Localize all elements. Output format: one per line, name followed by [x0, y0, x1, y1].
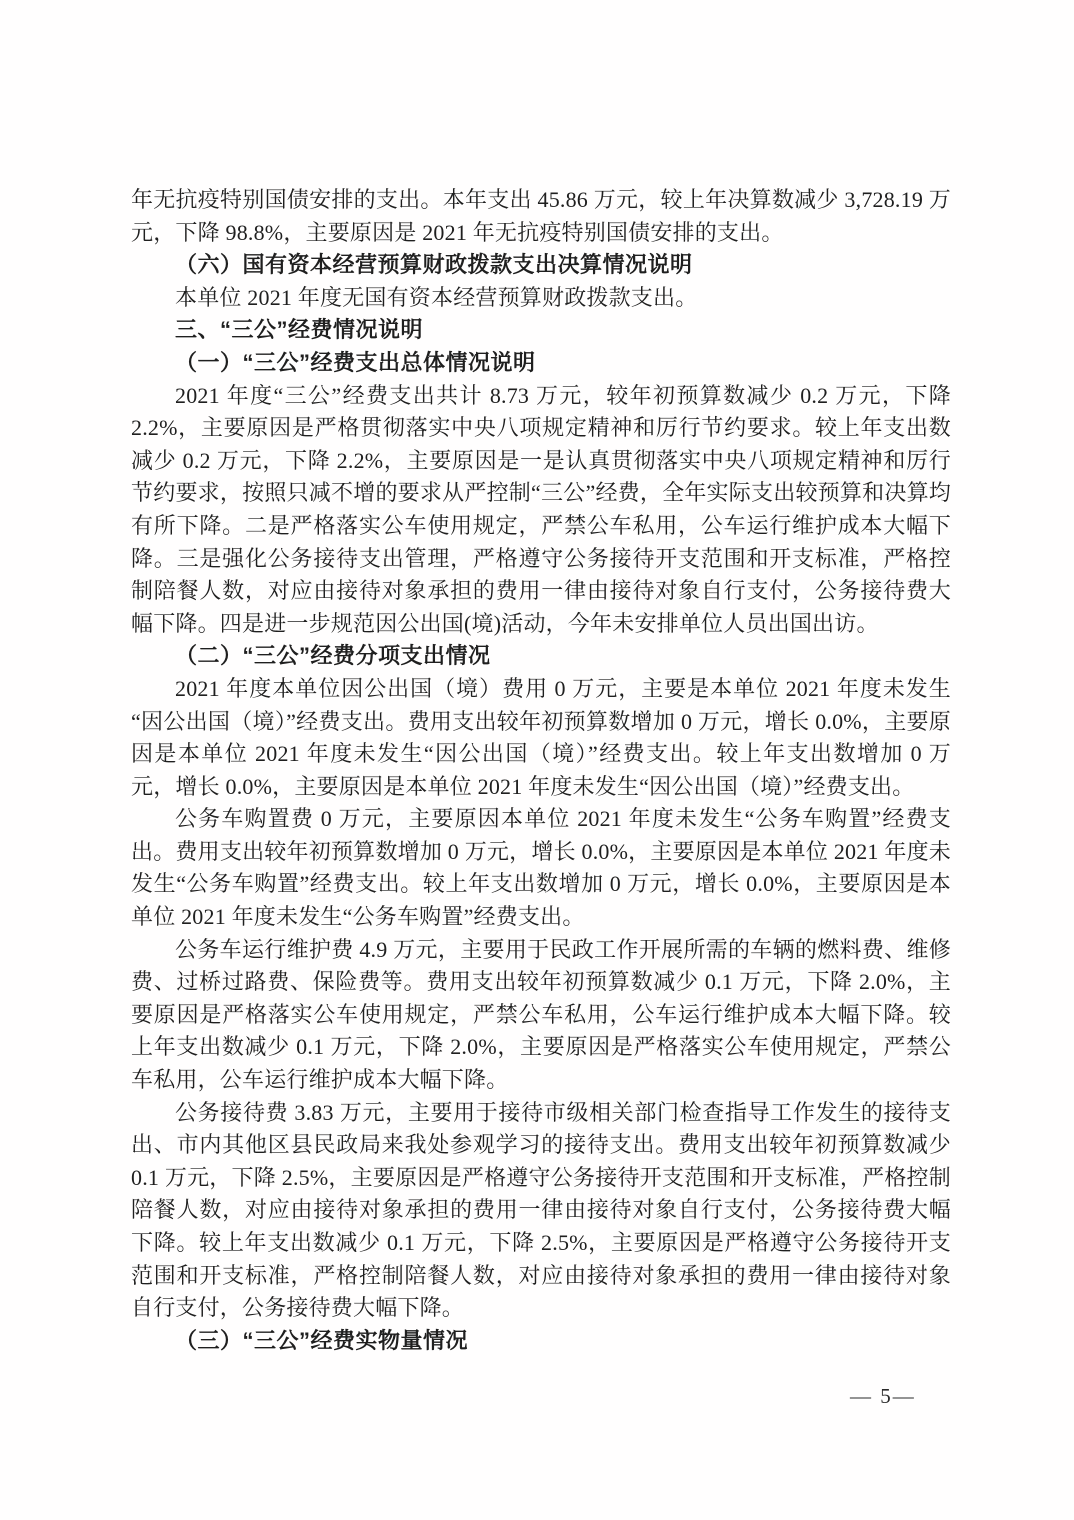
document-body: 年无抗疫特别国债安排的支出。本年支出 45.86 万元，较上年决算数减少 3,7…	[131, 184, 951, 1357]
paragraph: 公务车运行维护费 4.9 万元，主要用于民政工作开展所需的车辆的燃料费、维修费、…	[131, 934, 951, 1097]
document-page: 年无抗疫特别国债安排的支出。本年支出 45.86 万元，较上年决算数减少 3,7…	[0, 0, 1074, 1520]
paragraph: 公务接待费 3.83 万元，主要用于接待市级相关部门检查指导工作发生的接待支出、…	[131, 1097, 951, 1325]
page-number: — 5—	[850, 1382, 916, 1410]
section-heading: （六）国有资本经营预算财政拨款支出决算情况说明	[131, 249, 951, 282]
section-heading: （一）“三公”经费支出总体情况说明	[131, 347, 951, 380]
paragraph: 年无抗疫特别国债安排的支出。本年支出 45.86 万元，较上年决算数减少 3,7…	[131, 184, 951, 249]
section-heading: （三）“三公”经费实物量情况	[131, 1325, 951, 1358]
section-heading: 三、“三公”经费情况说明	[131, 314, 951, 347]
paragraph: 公务车购置费 0 万元，主要原因本单位 2021 年度未发生“公务车购置”经费支…	[131, 803, 951, 933]
paragraph: 本单位 2021 年度无国有资本经营预算财政拨款支出。	[131, 282, 951, 315]
section-heading: （二）“三公”经费分项支出情况	[131, 640, 951, 673]
paragraph: 2021 年度“三公”经费支出共计 8.73 万元，较年初预算数减少 0.2 万…	[131, 380, 951, 641]
paragraph: 2021 年度本单位因公出国（境）费用 0 万元，主要是本单位 2021 年度未…	[131, 673, 951, 803]
